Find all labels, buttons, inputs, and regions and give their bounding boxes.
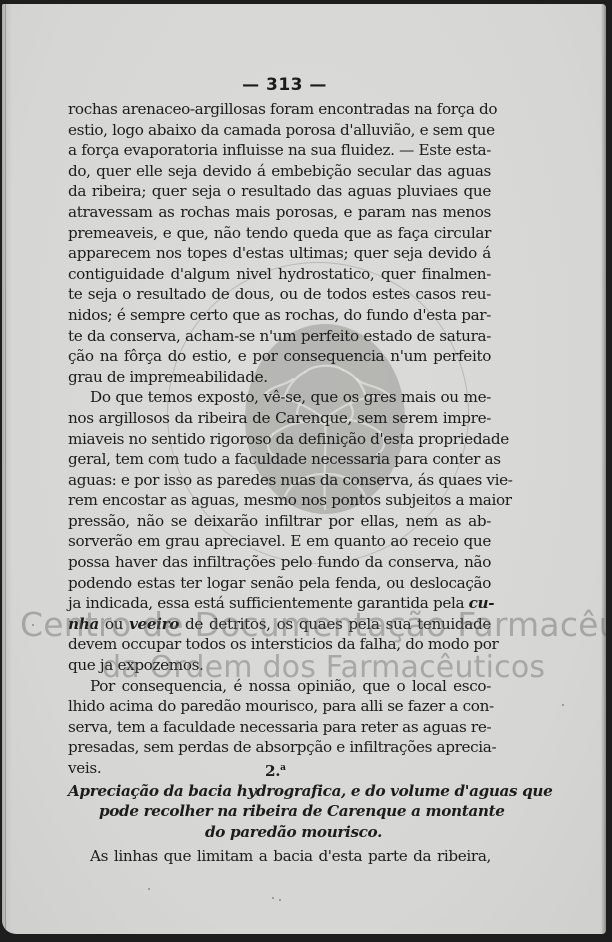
page-edge — [601, 4, 606, 934]
text-line: nidos; é sempre certo que as rochas, do … — [68, 305, 491, 326]
section-number-row: veis. 2.a — [68, 758, 491, 779]
text-line: apparecem nos topes d'estas ultimas; que… — [68, 243, 491, 264]
text-run: ou — [105, 615, 129, 633]
heading-line: Apreciação da bacia hydrografica, e do v… — [68, 781, 491, 802]
text-line: ção na fôrça do estio, e por consequenci… — [68, 346, 491, 367]
italic-term: nha — [68, 615, 99, 633]
italic-term: veeiro — [129, 615, 179, 633]
text-line: rochas arenaceo-argillosas foram encontr… — [68, 99, 491, 120]
text-run: ja indicada, essa está sufficientemente … — [68, 594, 469, 612]
binding-shadow — [2, 4, 12, 934]
section-number: 2.a — [265, 758, 286, 782]
text-line: nos argillosos da ribeira de Carenque, s… — [68, 408, 491, 429]
italic-term: cu- — [469, 594, 495, 612]
text-line-mixed: ja indicada, essa está sufficientemente … — [68, 593, 491, 614]
heading-line: do paredão mourisco. — [68, 822, 491, 843]
text-line: devem occupar todos os intersticios da f… — [68, 634, 491, 655]
paper-speck — [32, 624, 34, 626]
text-line: Por consequencia, é nossa opinião, que o… — [68, 676, 491, 697]
paper-speck — [272, 897, 274, 899]
section-number-sup: a — [280, 763, 285, 773]
text-line-mixed: nha ou veeiro de detritos, os quaes pela… — [68, 614, 491, 635]
scanned-page: — 313 — rochas arenaceo-argillosas foram… — [2, 4, 606, 934]
text-line: a força evaporatoria influisse na sua fl… — [68, 140, 491, 161]
text-line: rem encostar as aguas, mesmo nos pontos … — [68, 490, 491, 511]
text-line: pressão, não se deixarão infiltrar por e… — [68, 511, 491, 532]
paragraph-4: As linhas que limitam a bacia d'esta par… — [68, 846, 491, 867]
text-line: miaveis no sentido rigoroso da definição… — [68, 429, 491, 450]
text-line: atravessam as rochas mais porosas, e par… — [68, 202, 491, 223]
text-line: veis. — [68, 758, 101, 779]
paper-speck — [562, 704, 564, 706]
paragraph-3: Por consequencia, é nossa opinião, que o… — [68, 676, 491, 779]
text-line: grau de impremeabilidade. — [68, 367, 491, 388]
text-line: da ribeira; quer seja o resultado das ag… — [68, 181, 491, 202]
text-run: de detritos, os quaes pela sua tenuidade — [179, 615, 491, 633]
paragraph-2: Do que temos exposto, vê-se, que os gres… — [68, 387, 491, 675]
page-number: — 313 — — [78, 74, 491, 96]
text-line: aguas: e por isso as paredes nuas da con… — [68, 470, 491, 491]
text-line: sorverão em grau apreciavel. E em quanto… — [68, 531, 491, 552]
text-line: te da conserva, acham-se n'um perfeito e… — [68, 326, 491, 347]
text-line: Do que temos exposto, vê-se, que os gres… — [68, 387, 491, 408]
text-line: estio, logo abaixo da camada porosa d'al… — [68, 120, 491, 141]
heading-line: pode recolher na ribeira de Carenque a m… — [68, 801, 491, 822]
text-line: presadas, sem perdas de absorpção e infi… — [68, 737, 491, 758]
text-line: te seja o resultado de dous, ou de todos… — [68, 284, 491, 305]
text-line: serva, tem a faculdade necessaria para r… — [68, 717, 491, 738]
paragraph-1: rochas arenaceo-argillosas foram encontr… — [68, 99, 491, 387]
paper-speck — [148, 888, 150, 890]
text-line: geral, tem com tudo a faculdade necessar… — [68, 449, 491, 470]
section-number-text: 2. — [265, 762, 280, 780]
text-line: que ja expozemos. — [68, 655, 491, 676]
text-line: As linhas que limitam a bacia d'esta par… — [68, 846, 491, 867]
page-text: — 313 — rochas arenaceo-argillosas foram… — [68, 74, 491, 867]
paper-speck — [279, 899, 281, 901]
section-heading: Apreciação da bacia hydrografica, e do v… — [68, 781, 491, 843]
text-line: do, quer elle seja devido á embebição se… — [68, 161, 491, 182]
text-line: premeaveis, e que, não tendo queda que a… — [68, 223, 491, 244]
text-line: podendo estas ter logar senão pela fenda… — [68, 573, 491, 594]
text-line: possa haver das infiltrações pelo fundo … — [68, 552, 491, 573]
text-line: contiguidade d'algum nivel hydrostatico,… — [68, 264, 491, 285]
gutter-line — [5, 4, 6, 934]
text-line: lhido acima do paredão mourisco, para al… — [68, 696, 491, 717]
